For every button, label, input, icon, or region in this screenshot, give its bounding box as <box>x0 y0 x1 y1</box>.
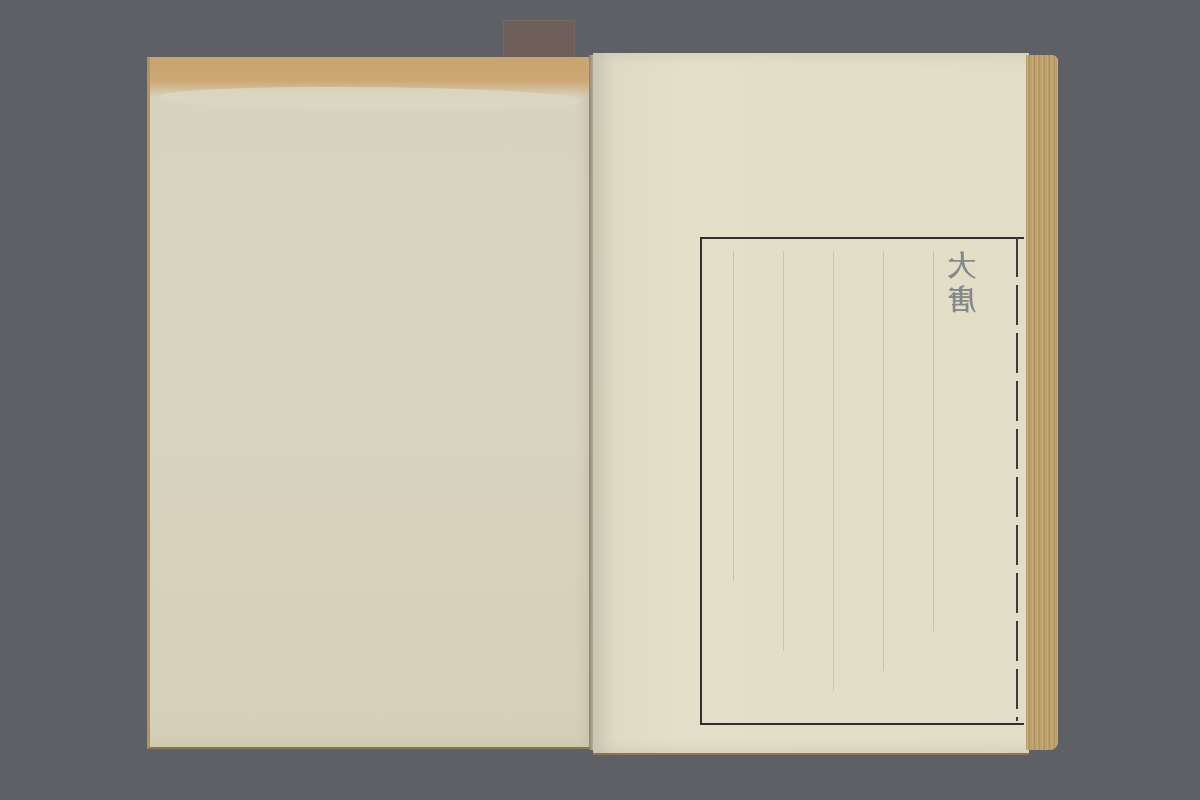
print-frame-bleedthrough: 大唐 <box>700 237 1024 725</box>
stacked-page-edges <box>1026 55 1058 750</box>
open-book-photo: 大唐 <box>0 0 1200 800</box>
bleed-through-column <box>733 251 734 581</box>
bleed-through-column <box>883 251 884 671</box>
bleed-through-column <box>933 251 934 631</box>
bleed-through-title: 大唐 <box>944 251 984 319</box>
bleed-through-column <box>783 251 784 651</box>
fold-center-line <box>1016 237 1018 721</box>
left-page <box>147 57 594 749</box>
bleed-through-column <box>833 251 834 691</box>
